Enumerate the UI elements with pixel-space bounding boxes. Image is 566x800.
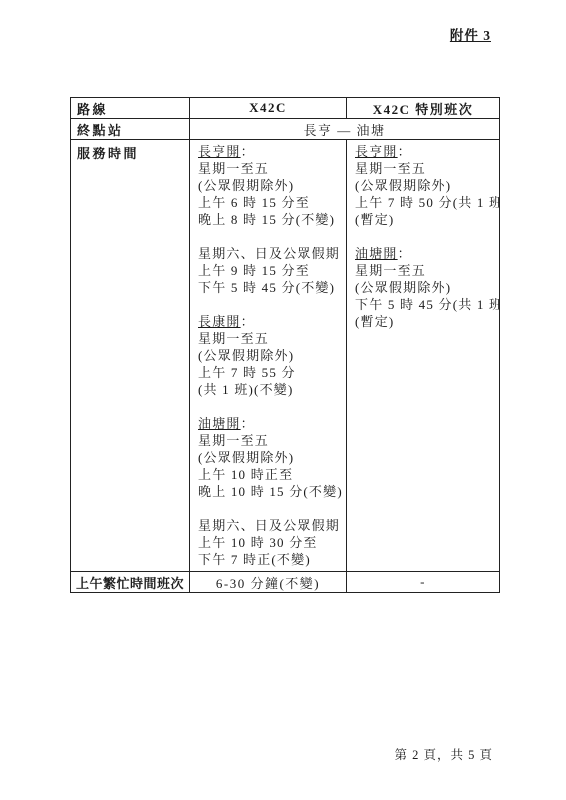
schedule-line: 上午 6 時 15 分至 xyxy=(198,194,342,211)
schedule-line: 星期一至五 xyxy=(198,432,342,449)
schedule-line: (公眾假期除外) xyxy=(198,449,342,466)
schedule-line: (暫定) xyxy=(355,313,495,330)
schedule-line: 油塘開： xyxy=(198,415,342,432)
schedule-line: 星期六、日及公眾假期 xyxy=(198,245,342,262)
schedule-line: 上午 10 時正至 xyxy=(198,466,342,483)
route-timetable: 路線 X42C X42C 特別班次 終點站 長亨 — 油塘 服務時間 長亨開：星… xyxy=(70,97,500,593)
schedule-line xyxy=(198,500,342,517)
schedule-line: 上午 10 時 30 分至 xyxy=(198,534,342,551)
schedule-line: 下午 5 時 45 分(不變) xyxy=(198,279,342,296)
schedule-line xyxy=(355,228,495,245)
departure-point-label: 長亨開 xyxy=(355,144,398,159)
route-row-label: 路線 xyxy=(71,98,190,119)
schedule-line: (公眾假期除外) xyxy=(355,279,495,296)
schedule-line: 油塘開： xyxy=(355,245,495,262)
peak-x42c-value: 6-30 分鐘(不變) xyxy=(190,572,347,593)
table-row-service-hours: 服務時間 長亨開：星期一至五(公眾假期除外)上午 6 時 15 分至晚上 8 時… xyxy=(71,140,500,572)
schedule-line: (暫定) xyxy=(355,211,495,228)
schedule-line: 長康開： xyxy=(198,313,342,330)
schedule-line: 長亨開： xyxy=(355,143,495,160)
schedule-line: 星期六、日及公眾假期 xyxy=(198,517,342,534)
table-row-terminus: 終點站 長亨 — 油塘 xyxy=(71,119,500,140)
schedule-line: (公眾假期除外) xyxy=(198,177,342,194)
appendix-label: 附件 3 xyxy=(450,24,491,44)
special-schedule-cell: 長亨開：星期一至五(公眾假期除外)上午 7 時 50 分(共 1 班)(暫定) … xyxy=(347,140,500,572)
service-row-label: 服務時間 xyxy=(71,140,190,572)
table-row-peak-frequency: 上午繁忙時間班次 6-30 分鐘(不變) - xyxy=(71,572,500,593)
page-number: 第 2 頁，共 5 頁 xyxy=(394,745,493,763)
departure-point-label: 油塘開 xyxy=(355,246,398,261)
table-row-route: 路線 X42C X42C 特別班次 xyxy=(71,98,500,119)
x42c-schedule-cell: 長亨開：星期一至五(公眾假期除外)上午 6 時 15 分至晚上 8 時 15 分… xyxy=(190,140,347,572)
schedule-line: (共 1 班)(不變) xyxy=(198,381,342,398)
route-special-header: X42C 特別班次 xyxy=(347,98,500,119)
schedule-line: (公眾假期除外) xyxy=(198,347,342,364)
schedule-line xyxy=(198,398,342,415)
departure-point-label: 油塘開 xyxy=(198,416,241,431)
schedule-line: 下午 7 時正(不變) xyxy=(198,551,342,568)
schedule-line: 上午 7 時 55 分 xyxy=(198,364,342,381)
schedule-line: 下午 5 時 45 分(共 1 班) xyxy=(355,296,495,313)
departure-point-label: 長亨開 xyxy=(198,144,241,159)
route-x42c-header: X42C xyxy=(190,98,347,119)
schedule-line: 星期一至五 xyxy=(355,160,495,177)
schedule-line: 晚上 8 時 15 分(不變) xyxy=(198,211,342,228)
schedule-line: (公眾假期除外) xyxy=(355,177,495,194)
schedule-line: 星期一至五 xyxy=(198,330,342,347)
schedule-line: 上午 9 時 15 分至 xyxy=(198,262,342,279)
document-page: 附件 3 路線 X42C X42C 特別班次 終點站 長亨 — 油塘 服務時間 … xyxy=(0,0,566,800)
schedule-line: 晚上 10 時 15 分(不變) xyxy=(198,483,342,500)
schedule-line: 星期一至五 xyxy=(355,262,495,279)
schedule-line: 長亨開： xyxy=(198,143,342,160)
schedule-line xyxy=(198,228,342,245)
schedule-line: 星期一至五 xyxy=(198,160,342,177)
peak-row-label: 上午繁忙時間班次 xyxy=(71,572,190,593)
departure-point-label: 長康開 xyxy=(198,314,241,329)
peak-special-value: - xyxy=(347,572,500,593)
schedule-line xyxy=(198,296,342,313)
terminus-value: 長亨 — 油塘 xyxy=(190,119,500,140)
schedule-line: 上午 7 時 50 分(共 1 班) xyxy=(355,194,495,211)
terminus-row-label: 終點站 xyxy=(71,119,190,140)
